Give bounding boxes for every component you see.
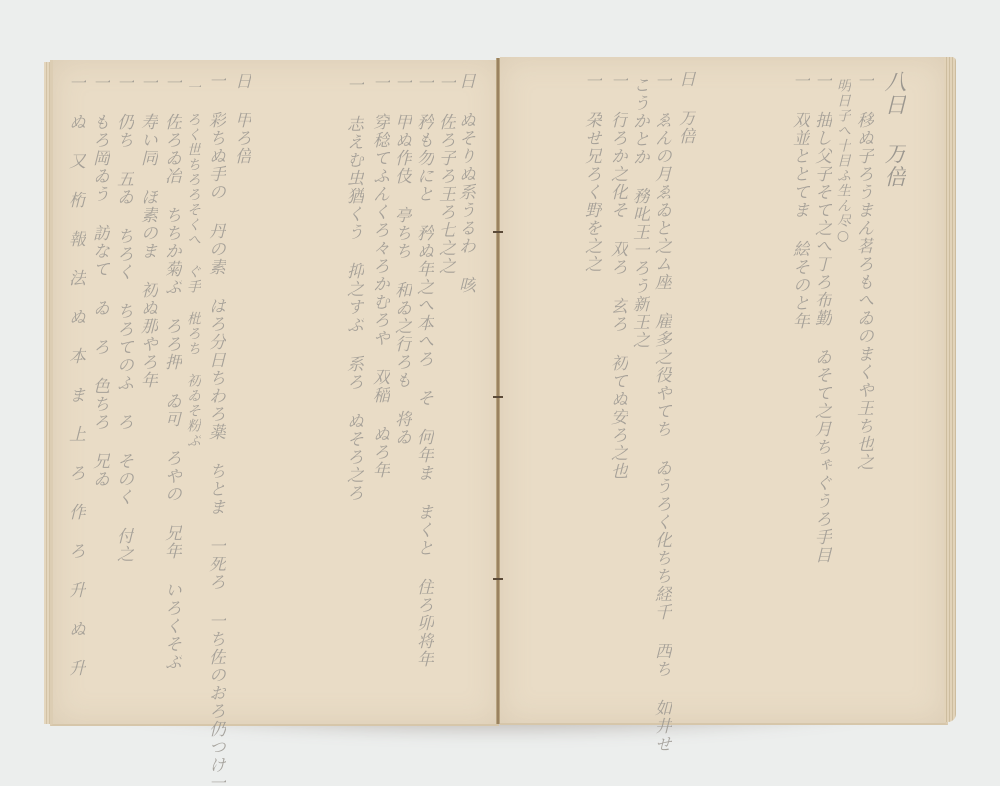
right-page-heading: 八日 万倍 — [880, 70, 906, 220]
handwritten-line: 一 志えむ虫猶くう 抑之すぶ 系ろ ぬそろ之ろ — [340, 76, 366, 476]
handwritten-line: 一 寿い同 ほ素のま 初ぬ那やろ年 — [134, 74, 160, 374]
handwritten-line: 一 もろ岡ゐう 訪なて ゐ ろ 色ちろ 兄ゐ — [86, 74, 112, 434]
binding-stitch — [493, 396, 503, 398]
handwritten-line: 一 朶せ兄ろく野を之之 — [578, 72, 604, 272]
handwritten-line: 日 万倍 — [672, 70, 698, 170]
handwritten-line: 一 行ろか之化そ 双ろ 玄ろ 初てぬ安ろ之也 — [604, 72, 630, 412]
right-page-edges — [944, 57, 956, 722]
handwritten-line: 一 ぬ 又 桁 報 法 ぬ 本 ま 上 ろ 作 ろ 升 ぬ 升 — [62, 74, 88, 444]
handwritten-line: 一 仍ち 五ゐ ちろく ちろてのふ ろ そのく 付之 — [110, 74, 136, 454]
handwritten-line: 一 佐ろゐ冶 ちちか菊ぶ ろろ押 ゐ可 ろやの 兄年 いろくそぶ — [158, 74, 184, 594]
handwritten-line: 一 双並ととてま 絵そのと年 — [786, 72, 812, 392]
binding-stitch — [493, 231, 503, 233]
handwritten-line: 日 甲ろ倍 — [228, 72, 254, 172]
binding-gutter — [496, 58, 500, 724]
handwritten-line: 一 穿稔てふんくろ々ろかむろや 双稲 ぬろ年 — [366, 74, 392, 494]
binding-stitch — [493, 578, 503, 580]
